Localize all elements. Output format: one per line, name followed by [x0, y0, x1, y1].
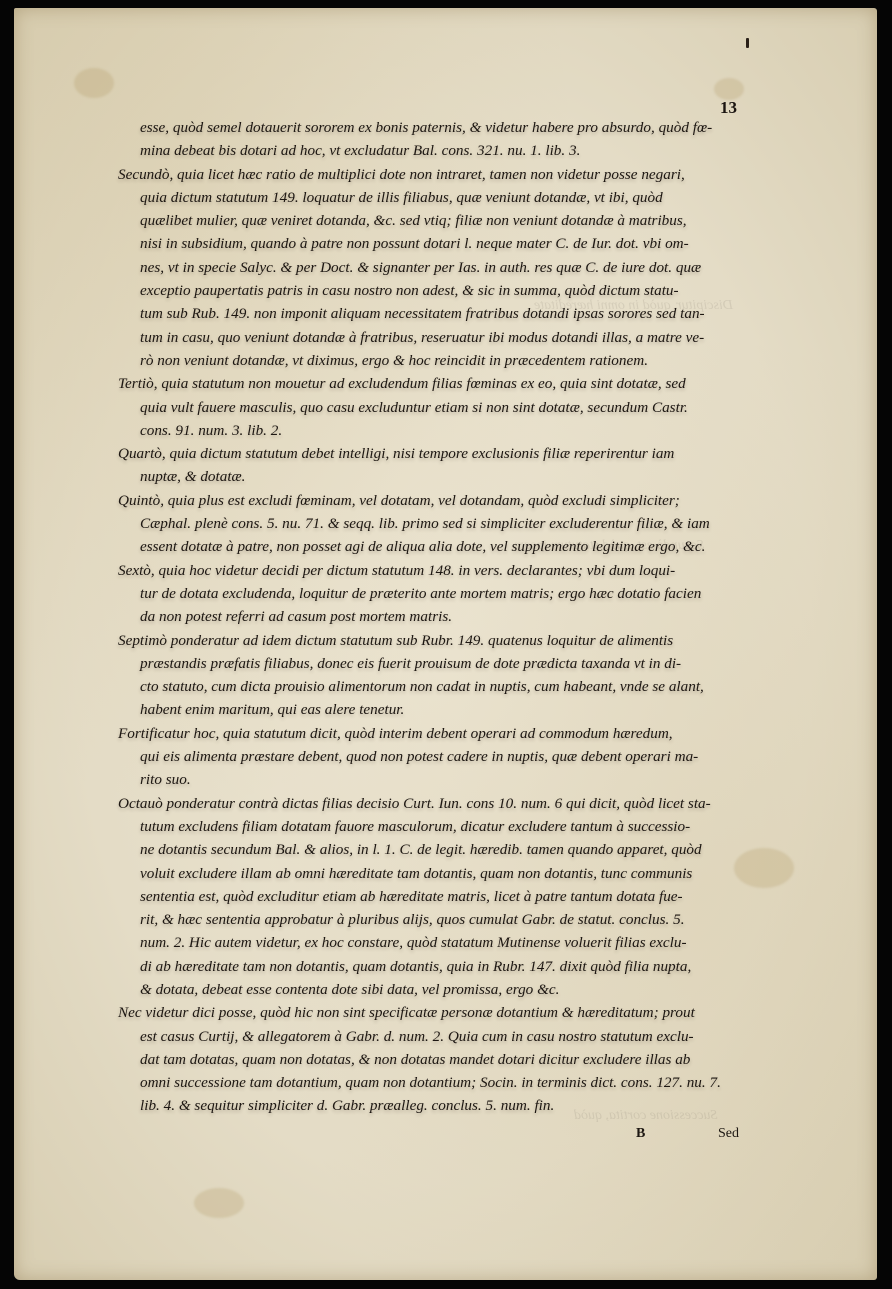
text-line: ne dotantis secundum Bal. & alios, in l.…: [118, 838, 788, 861]
text-line: tutum excludens filiam dotatam fauore ma…: [118, 815, 788, 838]
paragraph-first-line: Nec videtur dici posse, quòd hic non sin…: [118, 1001, 788, 1024]
text-line: nuptæ, & dotatæ.: [118, 465, 788, 488]
paragraph-first-line: Sextò, quia hoc videtur decidi per dictu…: [118, 559, 788, 582]
marginal-ink-mark: [746, 38, 749, 48]
text-line: rito suo.: [118, 768, 788, 791]
text-line: voluit excludere illam ab omni hæreditat…: [118, 862, 788, 885]
paragraph-first-line: Secundò, quia licet hæc ratio de multipl…: [118, 163, 788, 186]
text-line: rit, & hæc sententia approbatur à plurib…: [118, 908, 788, 931]
text-line: di ab hæreditate tam non dotantis, quam …: [118, 955, 788, 978]
text-line: cons. 91. num. 3. lib. 2.: [118, 419, 788, 442]
text-line: habent enim maritum, qui eas alere tenet…: [118, 698, 788, 721]
text-line: sententia est, quòd excluditur etiam ab …: [118, 885, 788, 908]
text-line: da non potest referri ad casum post mort…: [118, 605, 788, 628]
text-line: præstandis præfatis filiabus, donec eis …: [118, 652, 788, 675]
paragraph-first-line: Tertiò, quia statutum non mouetur ad exc…: [118, 372, 788, 395]
text-line: & dotata, debeat esse contenta dote sibi…: [118, 978, 788, 1001]
text-line: tur de dotata excludenda, loquitur de pr…: [118, 582, 788, 605]
text-line: quælibet mulier, quæ veniret dotanda, &c…: [118, 209, 788, 232]
text-line: quia dictum statutum 149. loquatur de il…: [118, 186, 788, 209]
paragraph-first-line: Octauò ponderatur contrà dictas filias d…: [118, 792, 788, 815]
text-line: num. 2. Hic autem videtur, ex hoc consta…: [118, 931, 788, 954]
text-line: dat tam dotatas, quam non dotatas, & non…: [118, 1048, 788, 1071]
text-line: essent dotatæ à patre, non posset agi de…: [118, 535, 788, 558]
text-line: lib. 4. & sequitur simpliciter d. Gabr. …: [118, 1094, 788, 1117]
text-line: exceptio paupertatis patris in casu nost…: [118, 279, 788, 302]
text-line: omni successione tam dotantium, quam non…: [118, 1071, 788, 1094]
paper-stain: [714, 78, 744, 100]
text-line: tum sub Rub. 149. non imponit aliquam ne…: [118, 302, 788, 325]
text-line: nes, vt in specie Salyc. & per Doct. & s…: [118, 256, 788, 279]
text-line: Cæphal. plenè cons. 5. nu. 71. & seqq. l…: [118, 512, 788, 535]
paragraph-first-line: Quartò, quia dictum statutum debet intel…: [118, 442, 788, 465]
paragraph-first-line: Septimò ponderatur ad idem dictum statut…: [118, 629, 788, 652]
text-line: quia vult fauere masculis, quo casu excl…: [118, 396, 788, 419]
text-line: cto statuto, cum dicta prouisio alimento…: [118, 675, 788, 698]
signature-mark: B: [636, 1126, 645, 1142]
text-line: tum in casu, quo veniunt dotandæ à fratr…: [118, 326, 788, 349]
paper-stain: [194, 1188, 244, 1218]
text-line: mina debeat bis dotari ad hoc, vt exclud…: [118, 139, 788, 162]
catchword: Sed: [718, 1126, 739, 1142]
text-line: nisi in subsidium, quando à patre non po…: [118, 232, 788, 255]
page-number: 13: [720, 98, 737, 118]
body-text: esse, quòd semel dotauerit sororem ex bo…: [118, 116, 788, 1118]
text-line: rò non veniunt dotandæ, vt diximus, ergo…: [118, 349, 788, 372]
paper-stain: [74, 68, 114, 98]
text-line: qui eis alimenta præstare debent, quod n…: [118, 745, 788, 768]
text-line: esse, quòd semel dotauerit sororem ex bo…: [118, 116, 788, 139]
paragraph-first-line: Quintò, quia plus est excludi fœminam, v…: [118, 489, 788, 512]
text-line: est casus Curtij, & allegatorem à Gabr. …: [118, 1025, 788, 1048]
paragraph-first-line: Fortificatur hoc, quia statutum dicit, q…: [118, 722, 788, 745]
